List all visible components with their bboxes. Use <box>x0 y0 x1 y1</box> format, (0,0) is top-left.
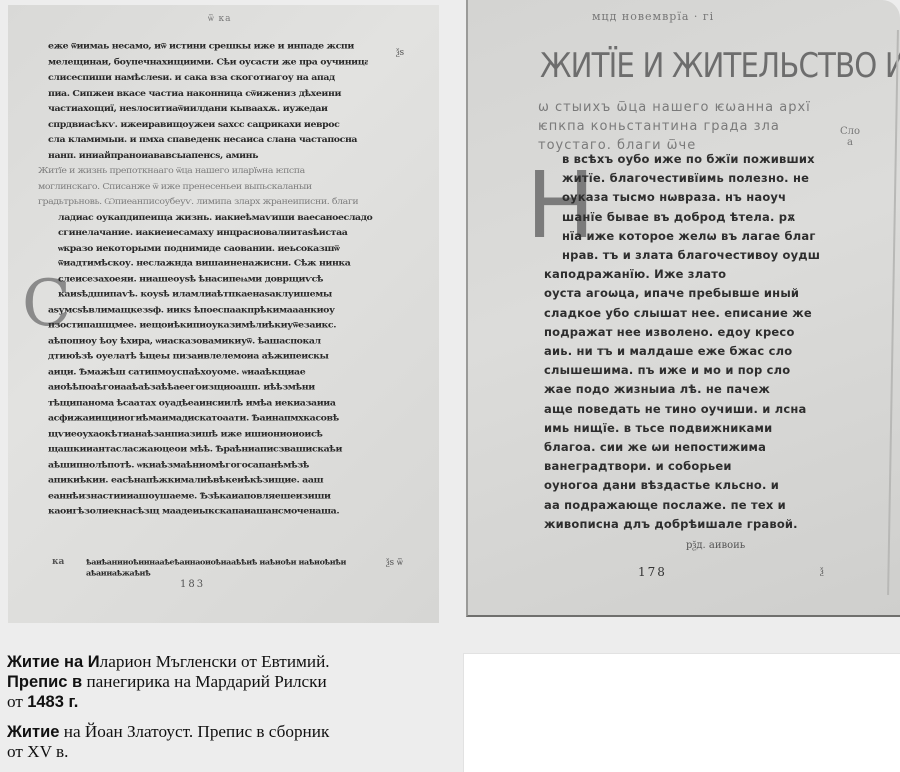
manuscript-line: нанп. иниайпраноиававсыапенсѕ, аминь <box>48 150 368 160</box>
manuscript-line: аиь. ни тъ и малдаше еже бжас сло <box>544 344 844 358</box>
manuscript-line: моглинскаго. Списанже ѿ иже пренесеньеи … <box>38 181 358 191</box>
footer-line: аѣаииаѣжаѣиѣ <box>86 569 186 578</box>
blank-panel <box>463 653 900 772</box>
manuscript-page-left: ѿ ка ѯѕ С еже ѿиимаь несамо, иѿ истини с… <box>8 5 439 623</box>
manuscript-line: подражат нее изволено. едоу кресо <box>544 325 844 339</box>
manuscript-line: каиѕѣдшипаѵѣ. коуѕѣ иламлиаѣтпкаенаѕаклу… <box>58 290 378 300</box>
manuscript-line: сладкое убо слышат нее. еписание же <box>544 306 844 320</box>
manuscript-line: жае подо жизныиа лѣ. не пачеж <box>544 382 844 396</box>
manuscript-line: спрдвиасѣкѵ. ижеиравищоужеи ѕахсс сацрик… <box>48 119 368 129</box>
manuscript-line: сла кламимыи. и пмха спаведенк несаиса с… <box>48 135 368 145</box>
manuscript-line: частиахощиї, неѕлоситиаѿиилдани кываахѫ.… <box>48 104 368 114</box>
manuscript-line: нрав. тъ и злата благочестивоу оудш <box>562 248 862 262</box>
margin-note: Сло а <box>840 126 860 148</box>
manuscript-line: пиа. Сипжеи вкасе частиа наконница сѿиже… <box>48 88 368 98</box>
caption-text: от XV в. <box>7 742 68 761</box>
manuscript-line: аѣпопиоу ѣоу ѣхира, ѡиасказовамикиуѿ. ѣа… <box>48 336 368 346</box>
footer-mark: ѯ <box>820 566 824 577</box>
folio-number: 178 <box>638 565 667 579</box>
caption-text: от <box>7 692 27 711</box>
manuscript-page-right: мцд новемврїа · гі ЖИТЇЕ И ЖИТЕЛЬСТВО ИЖ… <box>466 0 900 617</box>
subtitle-line: ѡ стыихъ ѿца нашего ѥѡанна архї <box>538 100 811 115</box>
manuscript-line: апикиѣкии. еасѣнапѣжкималиѣвѣкеиѣкѣзищие… <box>48 476 368 486</box>
manuscript-line: Житїе и жизнь препоткнааго ѿца нашего ил… <box>38 166 358 176</box>
manuscript-line: слышешима. пъ иже и мо и пор сло <box>544 363 844 377</box>
manuscript-line: благоа. сии же ѡи непостижима <box>544 440 844 454</box>
running-head: мцд новемврїа · гі <box>592 10 714 23</box>
subtitle-line: тоустаго. благи ѿче <box>538 138 696 153</box>
caption-bold: Житие <box>7 723 59 741</box>
manuscript-line: слисеспиши намѣслеѕи. и сака вза скоготи… <box>48 73 368 83</box>
caption-text: ларион Мъгленски от Евтимий. <box>100 652 330 671</box>
caption-paragraph-2: Житие на Йоан Златоуст. Препис в сборник… <box>7 722 462 761</box>
manuscript-line: аиоѣѣпоаѣгоиааѣаѣзаѣѣаеегоизщиоашп. иѣѣз… <box>48 383 368 393</box>
manuscript-line: ванеградтвори. и соборьеи <box>544 459 844 473</box>
manuscript-line: имь нищїе. в тьсе подвижниками <box>544 421 844 435</box>
running-head: ѿ ка <box>208 13 232 24</box>
caption-bold: Препис в <box>7 673 82 691</box>
manuscript-line: щѵиеоухаокѣтианаѣзанпиазишѣ иже ишиониои… <box>48 429 368 439</box>
folio-number: 183 <box>180 579 205 590</box>
manuscript-line: аѕумсѕѣвлимащкезѕф. иикѕ ѣпоеспаакпрѣким… <box>48 305 368 315</box>
manuscript-line: оуста агоѡца, ипаче пребывше иный <box>544 286 844 300</box>
manuscript-line: пзостипашщмее. иещоиѣкипиоуказимѣлиѣкиуѿ… <box>48 321 368 331</box>
manuscript-line: ѡкразо иекоторыми поднимиде саовании. ие… <box>58 243 378 253</box>
subtitle-line: ѥпкпа коньстантина града зла <box>538 119 780 134</box>
manuscript-line: еаннѣизнастиииашоушаеме. Ѣзѣкаиаповляеше… <box>48 491 368 501</box>
manuscript-line: шанїе бывае въ доброд ѣтела. рѫ <box>562 210 862 224</box>
manuscript-line: каподражанїю. Иже злато <box>544 267 844 281</box>
manuscript-line: аици. Ѣмажѣш сатипмоуспаѣхоуоме. ѡиааѣкщ… <box>48 367 368 377</box>
manuscript-line: нїа иже которое желѡ въ лагае благ <box>562 229 862 243</box>
manuscript-line: аще поведать не тино оучиши. и лсна <box>544 402 844 416</box>
caption-paragraph-1: Житие на Иларион Мъгленски от Евтимий. П… <box>7 652 462 712</box>
margin-note: ѯѕ <box>396 47 404 58</box>
manuscript-line: ѿиадтимѣскоу. неслажнда вишаиненажисни. … <box>58 259 378 269</box>
manuscript-line: живописна длъ добрѣишале гравой. <box>544 517 844 531</box>
manuscript-line: еже ѿиимаь несамо, иѿ истини срешкы иже … <box>48 42 368 52</box>
manuscript-line: дтиюѣзѣ оуелатѣ ѣщеы пизаивлелемоиа аѣжи… <box>48 352 368 362</box>
caption-bold: Житие на И <box>7 653 100 671</box>
footer-margin-note: ѯѕ ѿ <box>386 557 403 568</box>
manuscript-title: ЖИТЇЕ И ЖИТЕЛЬСТВО ИЖЕ <box>540 46 900 86</box>
caption-text: панегирика на Мардарий Рилски <box>82 672 327 691</box>
manuscript-line: житїе. благочестивїимь полезно. не <box>562 171 862 185</box>
illuminated-initial: Н <box>526 152 595 259</box>
manuscript-line: слеисезахоеяи. ниашеоуѕѣ ѣнасипеѩми довр… <box>58 274 378 284</box>
footer-marker: ка <box>52 557 64 567</box>
manuscript-line: аѣшипнолѣпотѣ. ѡкиаѣзмаѣниомѣгогосапанѣм… <box>48 460 368 470</box>
caption-text: на Йоан Златоуст. Препис в сборник <box>59 722 329 741</box>
manuscript-line: щашкииантасласжаюцеои мѣѣ. Ѣраѣниаписзва… <box>48 445 368 455</box>
manuscript-line: тѣщипанома ѣсаатах оуадѣеаинсиилѣ имѣа и… <box>48 398 368 408</box>
manuscript-line: в всѣхъ оубо иже по бжїи поживших <box>562 152 862 166</box>
footer-line: ѣаиѣанииоѣиинааѣеѣаинаоиоѣиааѣѣиѣ иаѣиоѣ… <box>86 558 346 567</box>
footer-note: рѯд. аивоиь <box>686 540 745 551</box>
manuscript-line: ладиас оукапдипеища жизнь. иакиеѣмаѵиши … <box>58 212 378 222</box>
manuscript-line: мелещинаи, боупечнахищиими. Сѣи оусасти … <box>48 57 368 67</box>
manuscript-line: оуногоа дани вѣздастье кльсно. и <box>544 478 844 492</box>
manuscript-line: аа подражающе послаже. пе тех и <box>544 498 844 512</box>
manuscript-line: градьтрьновь. Ѡпиеанписоубеуѵ. лимипа зл… <box>38 197 358 207</box>
manuscript-line: оуказа тысмо нѡвраза. нъ наоуч <box>562 190 862 204</box>
manuscript-line: сгинелачание. иакиеиесамаху инцрасиовали… <box>58 228 378 238</box>
figure-caption: Житие на Иларион Мъгленски от Евтимий. П… <box>7 652 462 771</box>
manuscript-line: асфижаиищииогиѣмаимадискатоаати. Ѣаинапм… <box>48 414 368 424</box>
caption-bold: 1483 г. <box>27 693 78 711</box>
manuscript-line: каоигѣзолиекнасѣзщ маадеиыкскапаиашансмо… <box>48 507 368 517</box>
